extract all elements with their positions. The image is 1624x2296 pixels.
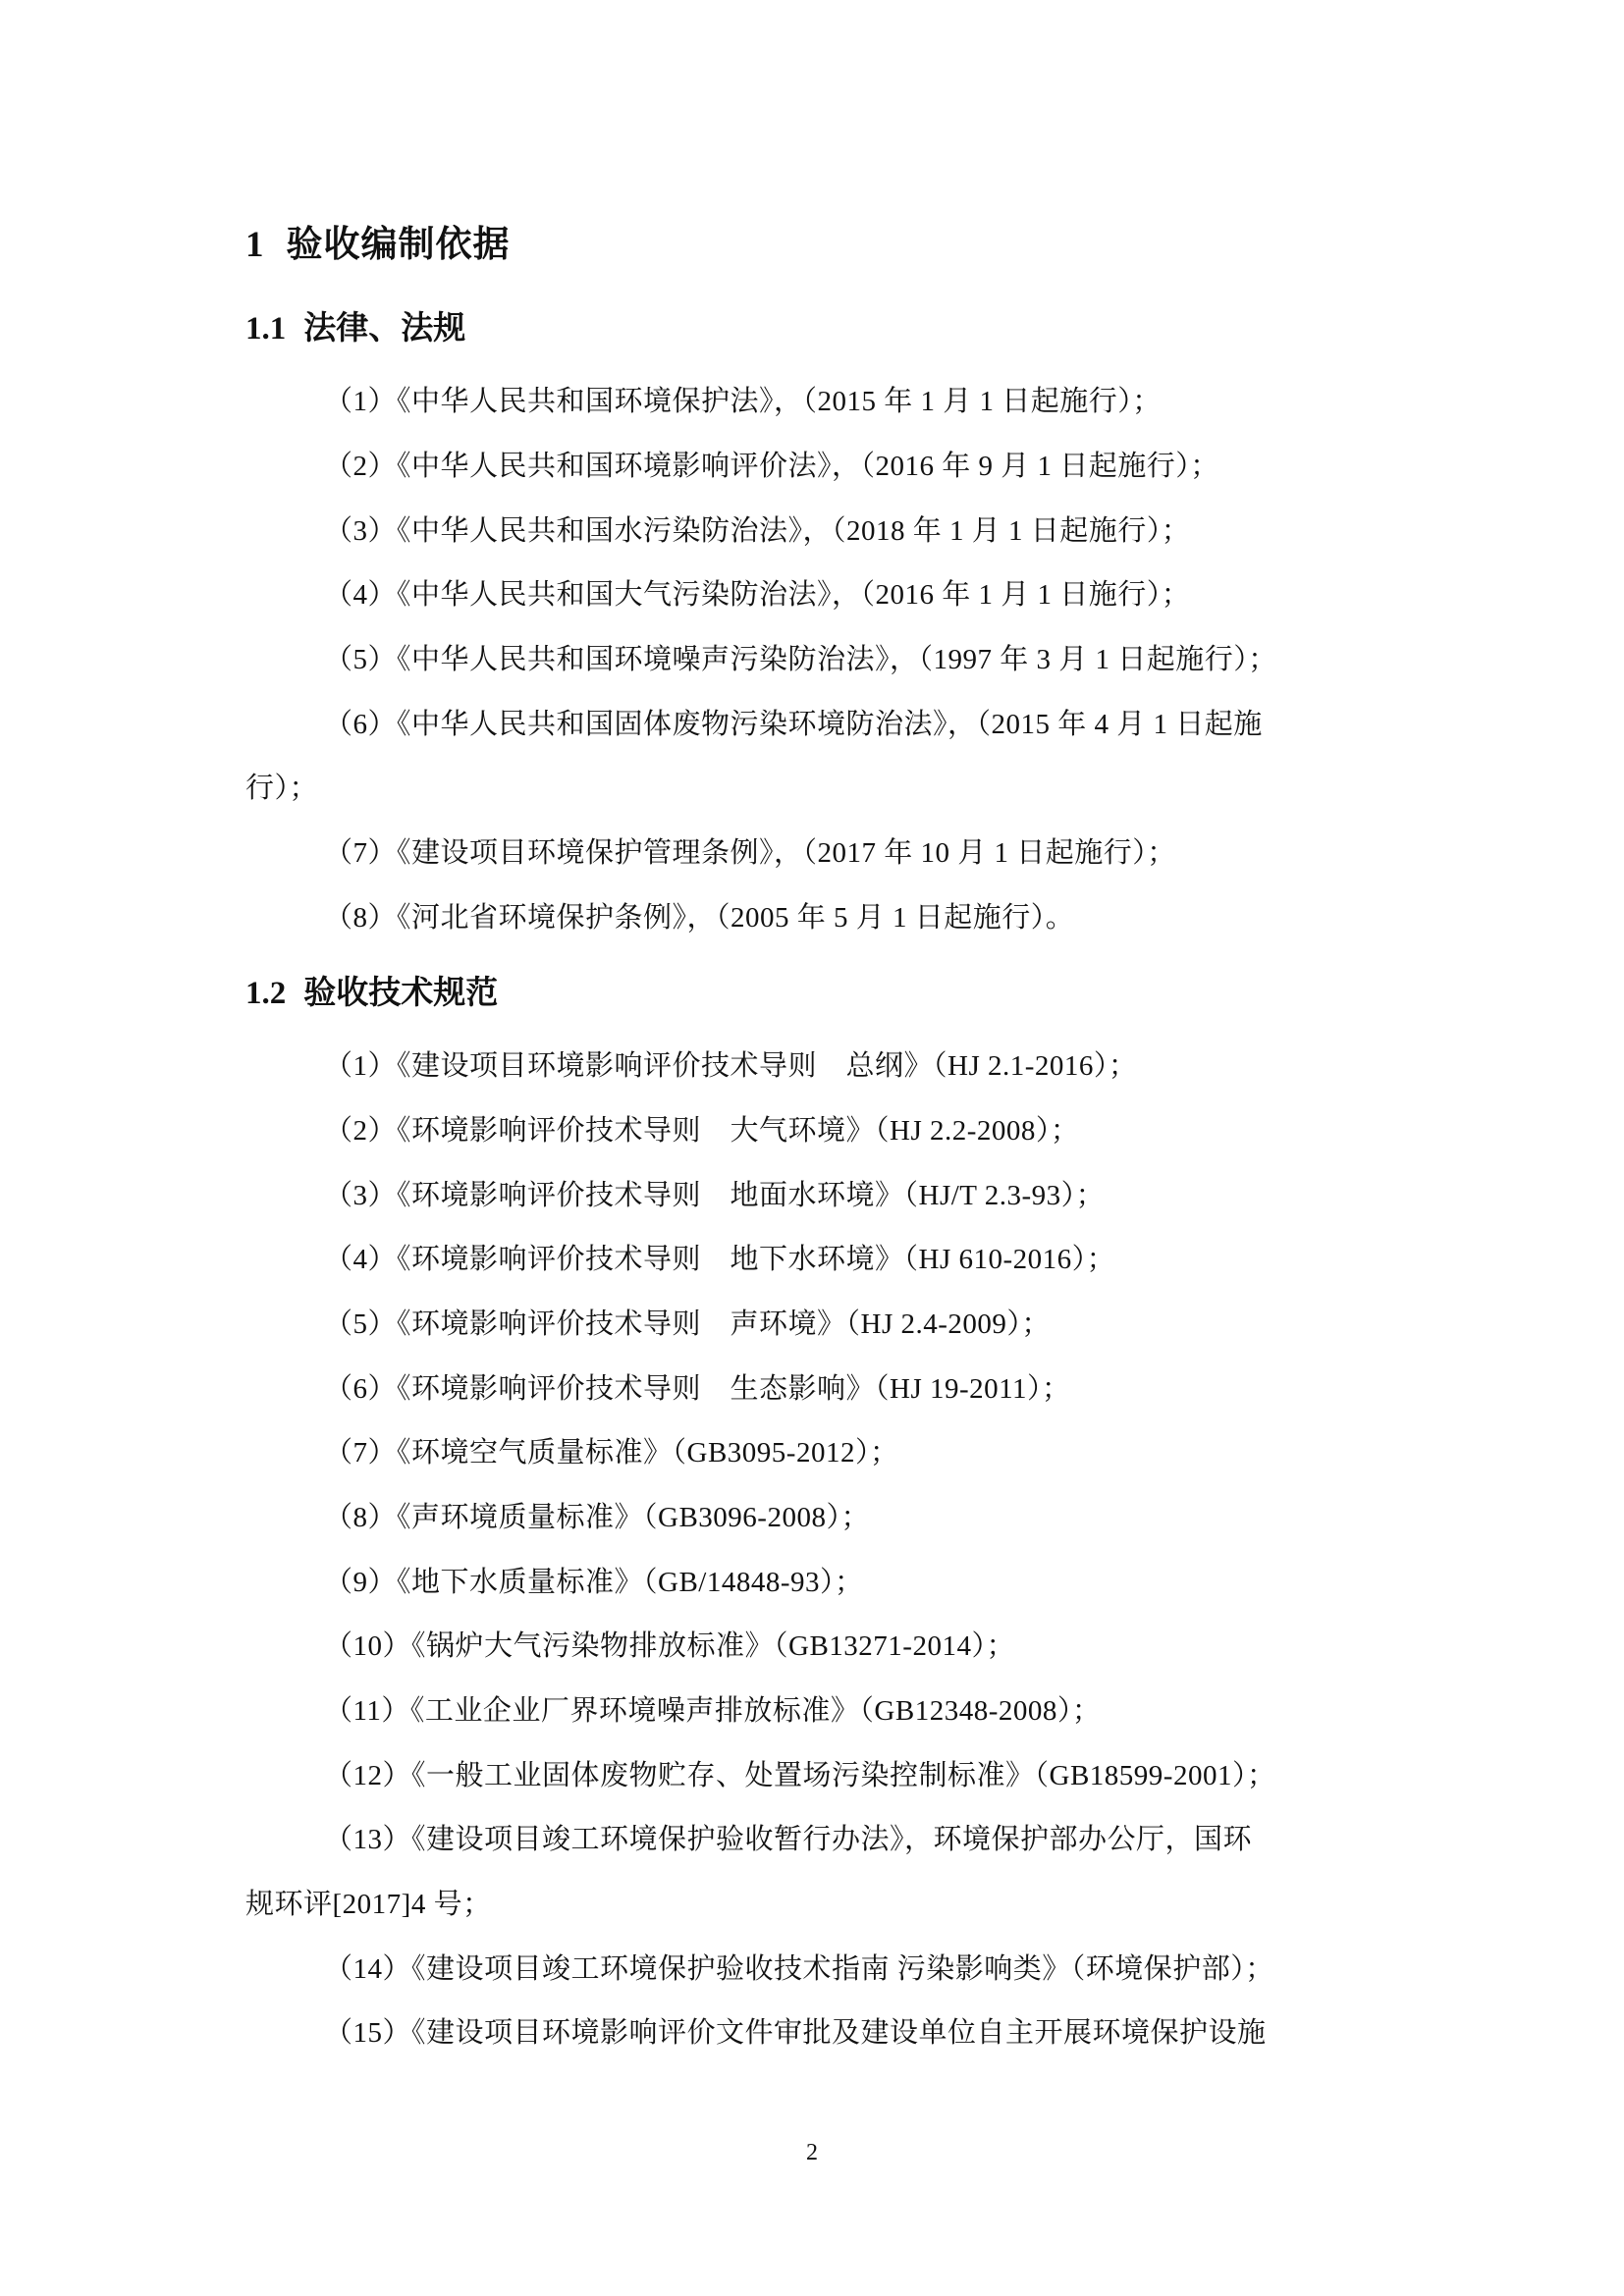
- spec-item: （10）《锅炉大气污染物排放标准》（GB13271-2014）；: [324, 1624, 1015, 1664]
- law-item-continuation: 行）；: [245, 766, 318, 806]
- law-item: （4）《中华人民共和国大气污染防治法》，（2016 年 1 月 1 日施行）；: [324, 572, 1190, 613]
- page-number: 2: [0, 2140, 1624, 2166]
- spec-item: （12）《一般工业固体废物贮存、处置场污染控制标准》（GB18599-2001）…: [324, 1753, 1275, 1793]
- spec-item: （3）《环境影响评价技术导则 地面水环境》（HJ/T 2.3-93）；: [324, 1173, 1105, 1213]
- law-item: （1）《中华人民共和国环境保护法》，（2015 年 1 月 1 日起施行）；: [324, 379, 1162, 419]
- spec-item: （4）《环境影响评价技术导则 地下水环境》（HJ 610-2016）；: [324, 1237, 1115, 1277]
- law-item: （7）《建设项目环境保护管理条例》，（2017 年 10 月 1 日起施行）；: [324, 830, 1176, 871]
- section-title: 验收技术规范: [303, 976, 498, 1011]
- spec-item: （11）《工业企业厂界环境噪声排放标准》（GB12348-2008）；: [324, 1688, 1101, 1729]
- spec-item: （9）《地下水质量标准》（GB/14848-93）；: [324, 1560, 864, 1600]
- spec-item-continuation: 规环评[2017]4 号；: [245, 1882, 492, 1922]
- law-item: （8）《河北省环境保护条例》，（2005 年 5 月 1 日起施行）。: [324, 895, 1074, 935]
- section-number: 1.1: [245, 311, 286, 347]
- spec-item: （2）《环境影响评价技术导则 大气环境》（HJ 2.2-2008）；: [324, 1108, 1079, 1148]
- spec-item: （13）《建设项目竣工环境保护验收暂行办法》，环境保护部办公厅，国环: [324, 1817, 1252, 1857]
- chapter-number: 1: [245, 225, 265, 265]
- section-heading-1-2: 1.2验收技术规范: [245, 967, 498, 1013]
- spec-item: （8）《声环境质量标准》（GB3096-2008）；: [324, 1495, 870, 1535]
- chapter-heading: 1验收编制依据: [245, 214, 511, 267]
- document-page: 1验收编制依据 1.1法律、法规 （1）《中华人民共和国环境保护法》，（2015…: [0, 0, 1624, 2296]
- law-item: （6）《中华人民共和国固体废物污染环境防治法》，（2015 年 4 月 1 日起…: [324, 702, 1263, 742]
- law-item: （2）《中华人民共和国环境影响评价法》，（2016 年 9 月 1 日起施行）；: [324, 444, 1219, 484]
- spec-item: （14）《建设项目竣工环境保护验收技术指南 污染影响类》（环境保护部）；: [324, 1947, 1274, 1987]
- section-heading-1-1: 1.1法律、法规: [245, 302, 465, 348]
- law-item: （5）《中华人民共和国环境噪声污染防治法》，（1997 年 3 月 1 日起施行…: [324, 637, 1277, 677]
- spec-item: （6）《环境影响评价技术导则 生态影响》（HJ 19-2011）；: [324, 1366, 1071, 1407]
- spec-item: （7）《环境空气质量标准》（GB3095-2012）；: [324, 1430, 898, 1470]
- spec-item: （1）《建设项目环境影响评价技术导则 总纲》（HJ 2.1-2016）；: [324, 1043, 1137, 1084]
- section-number: 1.2: [245, 976, 286, 1011]
- section-title: 法律、法规: [303, 311, 465, 347]
- chapter-title: 验收编制依据: [287, 225, 511, 265]
- law-item: （3）《中华人民共和国水污染防治法》，（2018 年 1 月 1 日起施行）；: [324, 508, 1190, 549]
- spec-item: （5）《环境影响评价技术导则 声环境》（HJ 2.4-2009）；: [324, 1302, 1051, 1342]
- spec-item: （15）《建设项目环境影响评价文件审批及建设单位自主开展环境保护设施: [324, 2010, 1267, 2051]
